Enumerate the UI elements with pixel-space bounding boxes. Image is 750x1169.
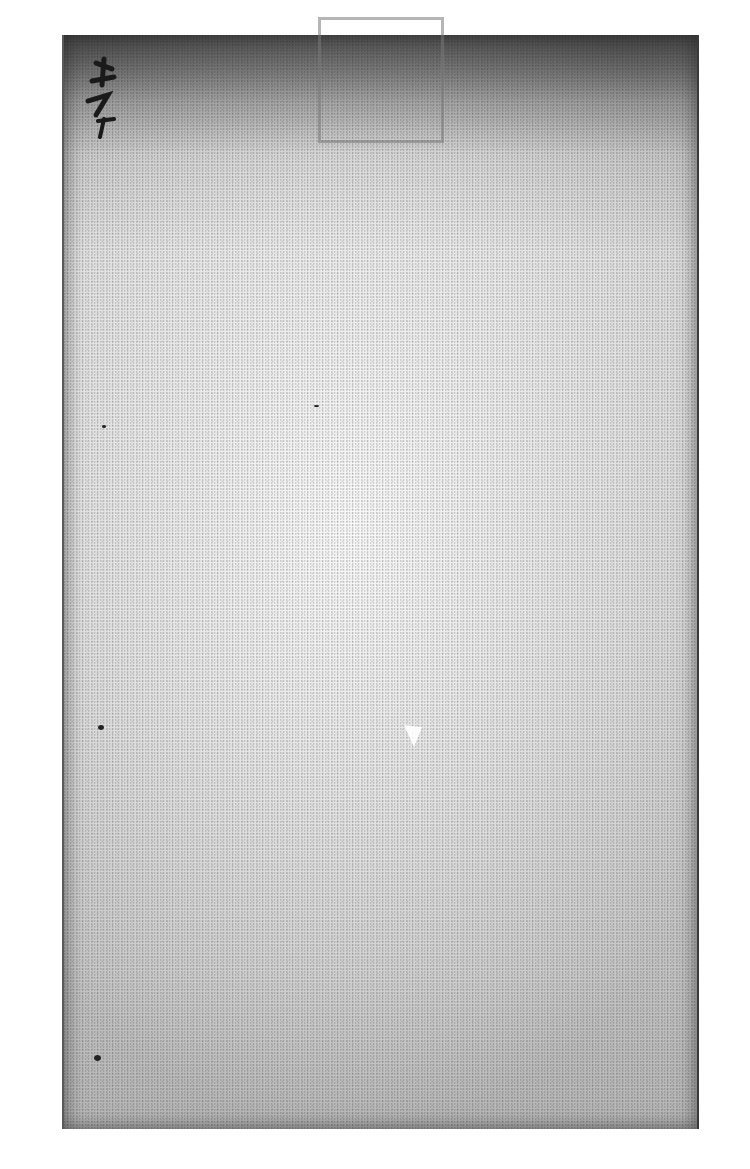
seal-glyph	[321, 100, 361, 140]
speck	[102, 425, 106, 428]
speck	[94, 1055, 101, 1061]
seal-glyph	[321, 60, 361, 100]
seal-glyph	[361, 60, 401, 100]
seal-glyph	[321, 20, 361, 60]
speck	[98, 725, 104, 730]
scanned-page	[62, 35, 699, 1129]
seal-glyph	[361, 100, 401, 140]
seal-glyph	[401, 20, 441, 60]
seal-stamp	[318, 17, 444, 143]
brush-strokes	[74, 55, 124, 145]
seal-glyph	[361, 20, 401, 60]
speck	[314, 405, 319, 407]
seal-glyph	[401, 60, 441, 100]
paper-texture	[64, 35, 697, 1129]
seal-glyph	[401, 100, 441, 140]
